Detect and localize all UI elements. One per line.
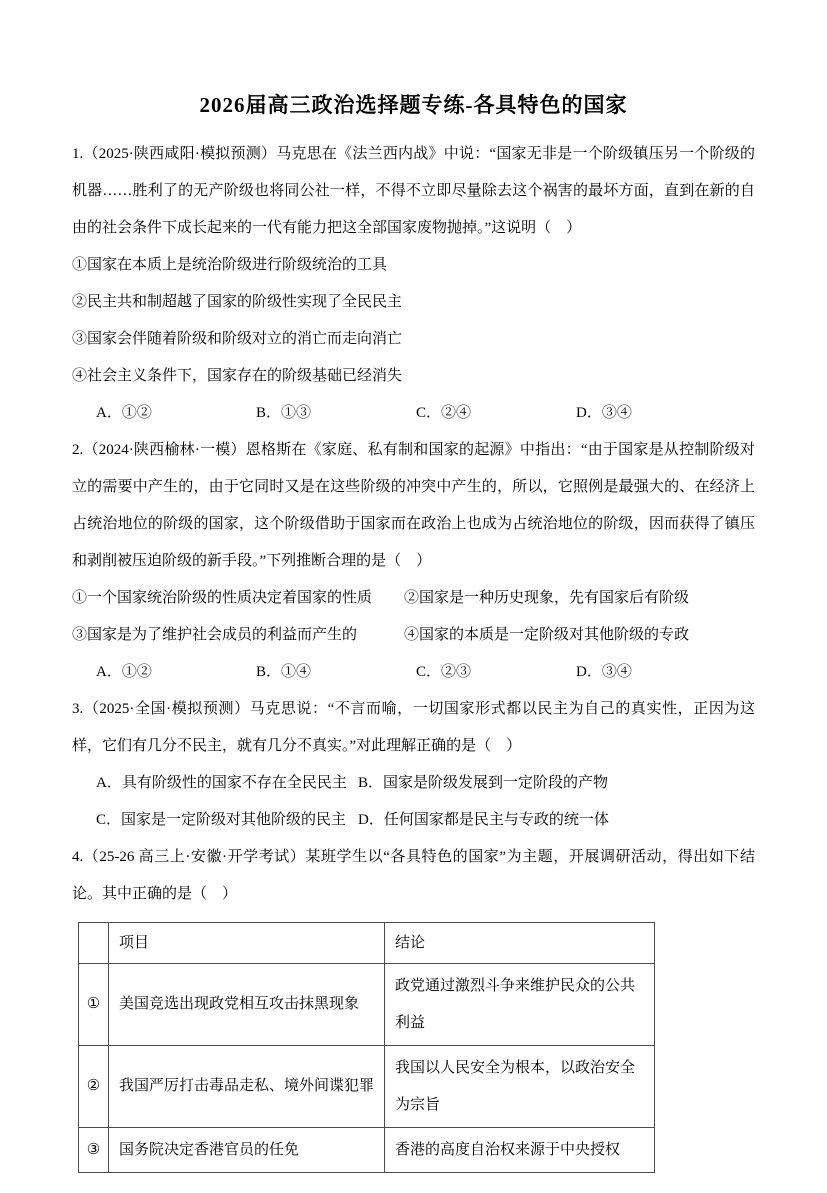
table-row-3-number: ③ — [79, 1128, 109, 1173]
conclusion-table: 项目 结论 ① 美国竞选出现政党相互攻击抹黑现象 政党通过激烈斗争来维护民众的公… — [78, 922, 655, 1173]
question-1-item-2: ②民主共和制超越了国家的阶级性实现了全民民主 — [72, 284, 755, 321]
question-2-item-2: ②国家是一种历史现象，先有国家后有阶级 — [404, 580, 755, 617]
question-3-choice-b: B．国家是阶级发展到一定阶段的产物 — [358, 765, 755, 802]
table-row-2-item: 我国严厉打击毒品走私、境外间谍犯罪 — [109, 1046, 385, 1128]
table-row: ① 美国竞选出现政党相互攻击抹黑现象 政党通过激烈斗争来维护民众的公共利益 — [79, 964, 655, 1046]
question-2-choices: A．①② B．①④ C．②③ D．③④ — [72, 654, 755, 691]
table-row-1-item: 美国竞选出现政党相互攻击抹黑现象 — [109, 964, 385, 1046]
table-row-1-conclusion: 政党通过激烈斗争来维护民众的公共利益 — [385, 964, 655, 1046]
question-1-choices: A．①② B．①③ C．②④ D．③④ — [72, 395, 755, 432]
question-1-item-1: ①国家在本质上是统治阶级进行阶级统治的工具 — [72, 247, 755, 284]
question-2-stem: 2.（2024·陕西榆林·一模）恩格斯在《家庭、私有制和国家的起源》中指出：“由… — [72, 432, 755, 580]
question-2-items-row-2: ③国家是为了维护社会成员的利益而产生的 ④国家的本质是一定阶级对其他阶级的专政 — [72, 617, 755, 654]
question-2-choice-d: D．③④ — [576, 654, 755, 691]
question-3-choice-d: D．任何国家都是民主与专政的统一体 — [358, 802, 755, 839]
table-header-blank — [79, 923, 109, 964]
question-3-choice-a: A．具有阶级性的国家不存在全民民主 — [96, 765, 358, 802]
table-header-conclusion: 结论 — [385, 923, 655, 964]
table-row-3-conclusion: 香港的高度自治权来源于中央授权 — [385, 1128, 655, 1173]
question-1: 1.（2025·陕西咸阳·模拟预测）马克思在《法兰西内战》中说：“国家无非是一个… — [72, 136, 755, 432]
question-1-choice-d: D．③④ — [576, 395, 755, 432]
document-page: 2026届高三政治选择题专练-各具特色的国家 1.（2025·陕西咸阳·模拟预测… — [0, 0, 827, 1193]
question-1-stem: 1.（2025·陕西咸阳·模拟预测）马克思在《法兰西内战》中说：“国家无非是一个… — [72, 136, 755, 247]
table-row-2-conclusion: 我国以人民安全为根本，以政治安全为宗旨 — [385, 1046, 655, 1128]
question-3: 3.（2025·全国·模拟预测）马克思说：“不言而喻，一切国家形式都以民主为自己… — [72, 691, 755, 839]
question-3-choices-row-1: A．具有阶级性的国家不存在全民民主 B．国家是阶级发展到一定阶段的产物 — [72, 765, 755, 802]
table-header-row: 项目 结论 — [79, 923, 655, 964]
question-2: 2.（2024·陕西榆林·一模）恩格斯在《家庭、私有制和国家的起源》中指出：“由… — [72, 432, 755, 691]
table-row: ② 我国严厉打击毒品走私、境外间谍犯罪 我国以人民安全为根本，以政治安全为宗旨 — [79, 1046, 655, 1128]
table-row-2-number: ② — [79, 1046, 109, 1128]
question-4: 4.（25-26 高三上·安徽·开学考试）某班学生以“各具特色的国家”为主题，开… — [72, 839, 755, 1173]
page-title: 2026届高三政治选择题专练-各具特色的国家 — [72, 86, 755, 124]
question-4-stem: 4.（25-26 高三上·安徽·开学考试）某班学生以“各具特色的国家”为主题，开… — [72, 839, 755, 913]
table-row-1-number: ① — [79, 964, 109, 1046]
question-1-choice-c: C．②④ — [416, 395, 576, 432]
question-2-choice-a: A．①② — [96, 654, 256, 691]
question-1-item-4: ④社会主义条件下，国家存在的阶级基础已经消失 — [72, 358, 755, 395]
table-row: ③ 国务院决定香港官员的任免 香港的高度自治权来源于中央授权 — [79, 1128, 655, 1173]
question-2-choice-b: B．①④ — [256, 654, 416, 691]
question-1-choice-b: B．①③ — [256, 395, 416, 432]
table-header-item: 项目 — [109, 923, 385, 964]
question-2-items-row-1: ①一个国家统治阶级的性质决定着国家的性质 ②国家是一种历史现象，先有国家后有阶级 — [72, 580, 755, 617]
question-3-choices-row-2: C．国家是一定阶级对其他阶级的民主 D．任何国家都是民主与专政的统一体 — [72, 802, 755, 839]
question-1-item-3: ③国家会伴随着阶级和阶级对立的消亡而走向消亡 — [72, 321, 755, 358]
table-row-3-item: 国务院决定香港官员的任免 — [109, 1128, 385, 1173]
question-2-item-1: ①一个国家统治阶级的性质决定着国家的性质 — [72, 580, 404, 617]
question-2-choice-c: C．②③ — [416, 654, 576, 691]
question-3-stem: 3.（2025·全国·模拟预测）马克思说：“不言而喻，一切国家形式都以民主为自己… — [72, 691, 755, 765]
question-1-choice-a: A．①② — [96, 395, 256, 432]
question-2-item-3: ③国家是为了维护社会成员的利益而产生的 — [72, 617, 404, 654]
question-3-choice-c: C．国家是一定阶级对其他阶级的民主 — [96, 802, 358, 839]
question-2-item-4: ④国家的本质是一定阶级对其他阶级的专政 — [404, 617, 755, 654]
